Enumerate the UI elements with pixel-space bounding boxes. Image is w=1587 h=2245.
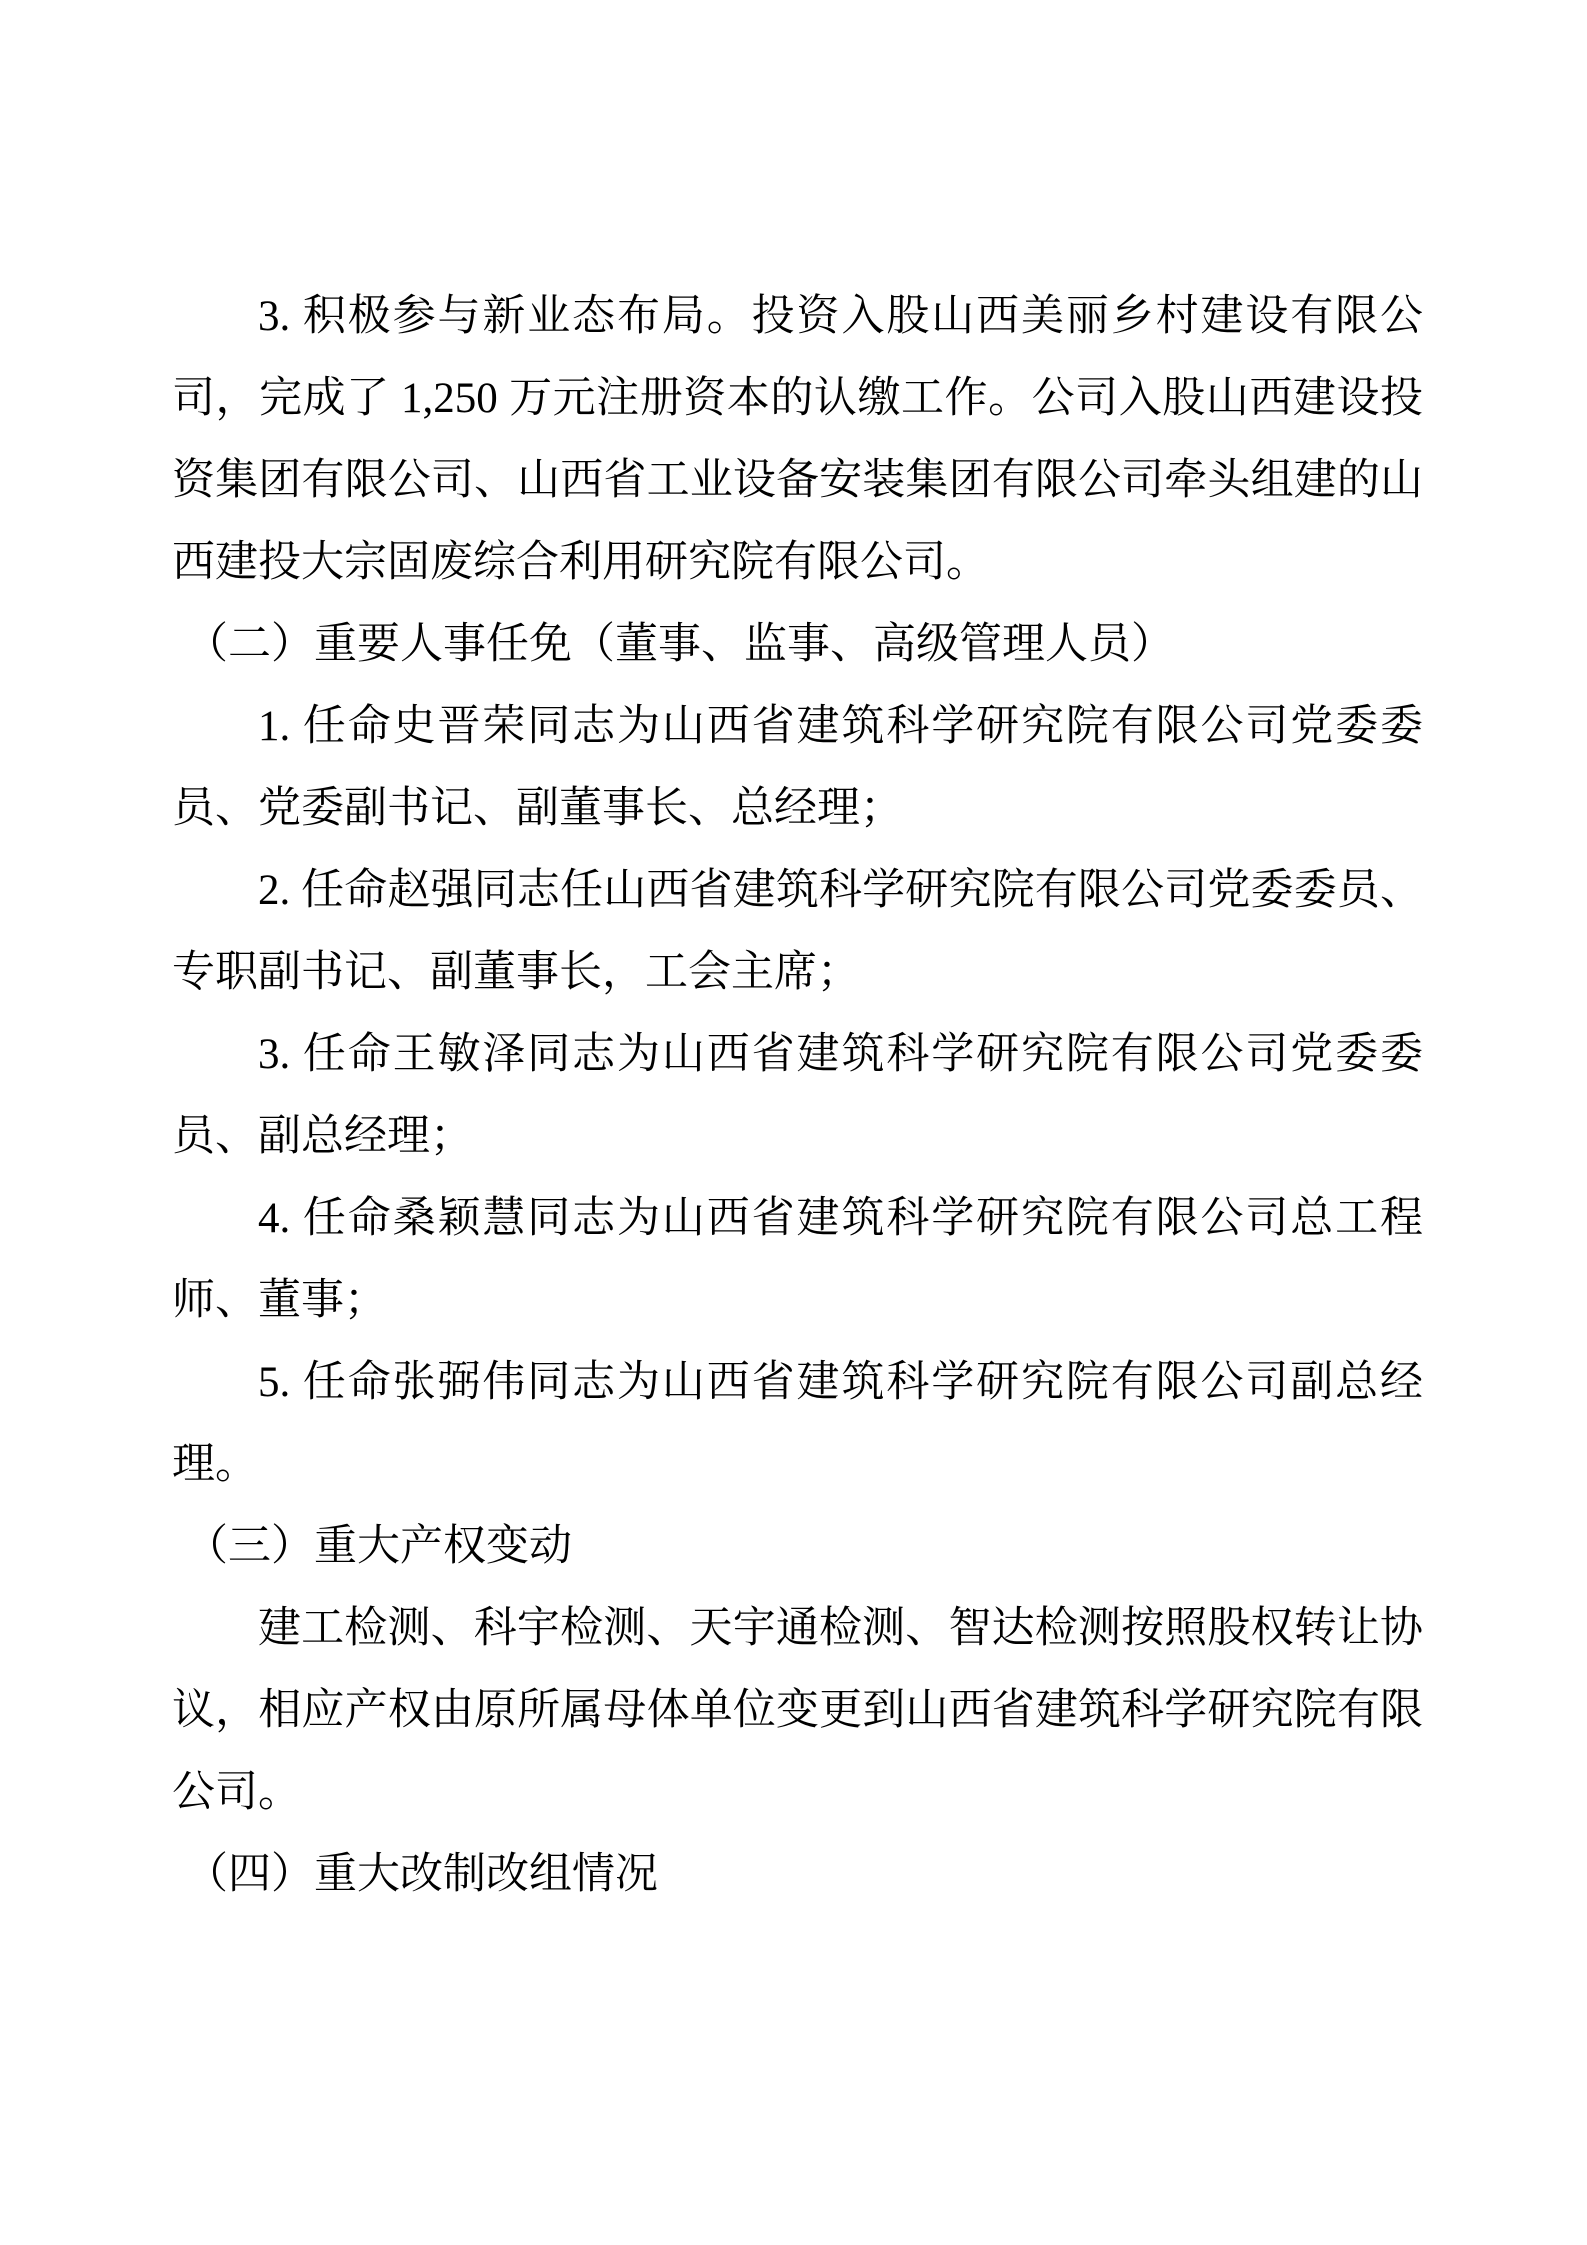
text-line: 3. 任命王敏泽同志为山西省建筑科学研究院有限公司党委委 — [172, 1014, 1423, 1096]
text-line: 建工检测、科宇检测、天宇通检测、智达检测按照股权转让协 — [172, 1588, 1423, 1670]
section-heading-line: （三）重大产权变动 — [172, 1506, 1423, 1588]
section-heading-personnel-appointments: （二）重要人事任免（董事、监事、高级管理人员） — [172, 604, 1423, 686]
text-line: 5. 任命张弼伟同志为山西省建筑科学研究院有限公司副总经 — [172, 1342, 1423, 1424]
paragraph-appointment-3: 3. 任命王敏泽同志为山西省建筑科学研究院有限公司党委委 员、副总经理； — [172, 1014, 1423, 1178]
text-line: 1. 任命史晋荣同志为山西省建筑科学研究院有限公司党委委 — [172, 686, 1423, 768]
paragraph-appointment-2: 2. 任命赵强同志任山西省建筑科学研究院有限公司党委委员、 专职副书记、副董事长… — [172, 850, 1423, 1014]
section-heading-line: （四）重大改制改组情况 — [172, 1834, 1423, 1916]
text-line: 3. 积极参与新业态布局。投资入股山西美丽乡村建设有限公 — [172, 276, 1423, 358]
text-line: 2. 任命赵强同志任山西省建筑科学研究院有限公司党委委员、 — [172, 850, 1423, 932]
section-heading-line: （二）重要人事任免（董事、监事、高级管理人员） — [172, 604, 1423, 686]
paragraph-new-business-investment: 3. 积极参与新业态布局。投资入股山西美丽乡村建设有限公 司，完成了 1,250… — [172, 276, 1423, 604]
text-line: 司，完成了 1,250 万元注册资本的认缴工作。公司入股山西建设投 — [172, 358, 1423, 440]
paragraph-appointment-1: 1. 任命史晋荣同志为山西省建筑科学研究院有限公司党委委 员、党委副书记、副董事… — [172, 686, 1423, 850]
text-line: 公司。 — [172, 1752, 1423, 1834]
text-line: 理。 — [172, 1424, 1423, 1506]
section-heading-restructuring: （四）重大改制改组情况 — [172, 1834, 1423, 1916]
paragraph-appointment-4: 4. 任命桑颖慧同志为山西省建筑科学研究院有限公司总工程 师、董事； — [172, 1178, 1423, 1342]
text-line: 西建投大宗固废综合利用研究院有限公司。 — [172, 522, 1423, 604]
section-heading-property-rights-change: （三）重大产权变动 — [172, 1506, 1423, 1588]
text-line: 资集团有限公司、山西省工业设备安装集团有限公司牵头组建的山 — [172, 440, 1423, 522]
text-line: 师、董事； — [172, 1260, 1423, 1342]
paragraph-appointment-5: 5. 任命张弼伟同志为山西省建筑科学研究院有限公司副总经 理。 — [172, 1342, 1423, 1506]
text-line: 议，相应产权由原所属母体单位变更到山西省建筑科学研究院有限 — [172, 1670, 1423, 1752]
text-line: 专职副书记、副董事长，工会主席； — [172, 932, 1423, 1014]
paragraph-property-rights-transfer: 建工检测、科宇检测、天宇通检测、智达检测按照股权转让协 议，相应产权由原所属母体… — [172, 1588, 1423, 1834]
text-line: 4. 任命桑颖慧同志为山西省建筑科学研究院有限公司总工程 — [172, 1178, 1423, 1260]
text-line: 员、副总经理； — [172, 1096, 1423, 1178]
text-line: 员、党委副书记、副董事长、总经理； — [172, 768, 1423, 850]
document-page: 3. 积极参与新业态布局。投资入股山西美丽乡村建设有限公 司，完成了 1,250… — [0, 0, 1587, 2245]
